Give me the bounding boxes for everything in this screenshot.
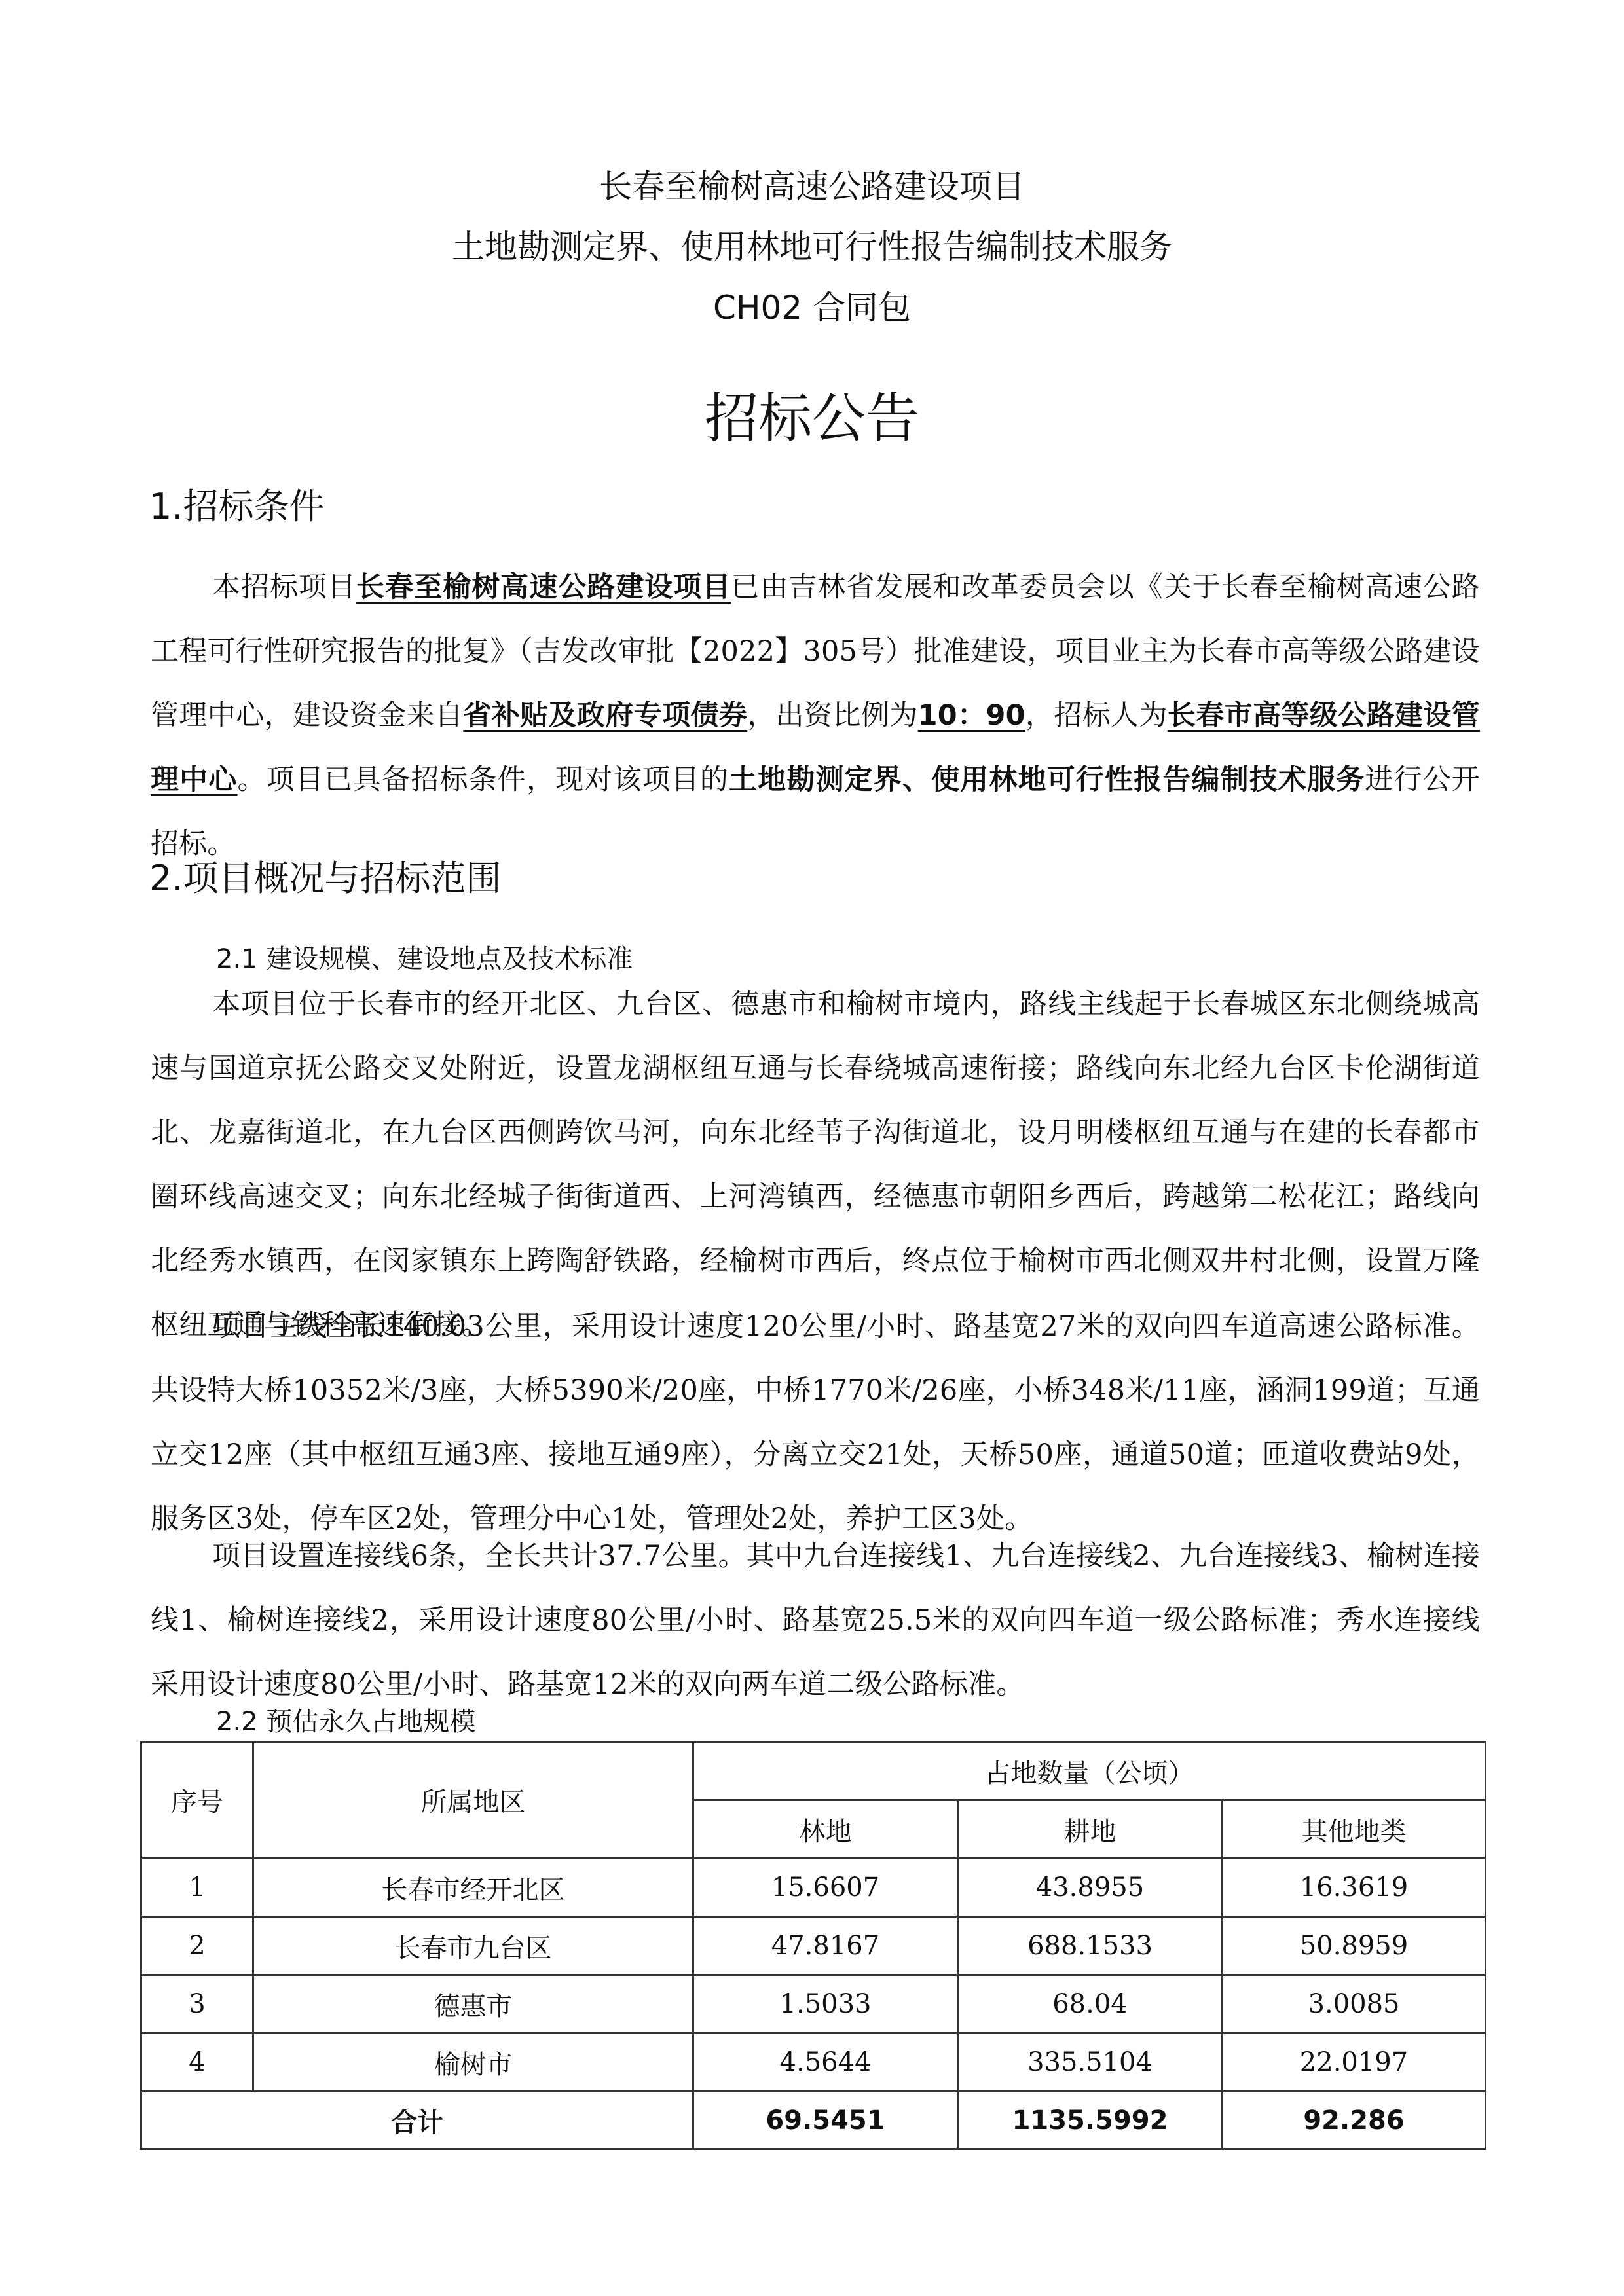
para-text: ，出资比例为	[747, 699, 917, 732]
cell-forest: 4.5644	[693, 2033, 958, 2092]
cell-other: 16.3619	[1223, 1859, 1486, 1917]
cell-region: 德惠市	[253, 1975, 693, 2033]
cell-forest: 1.5033	[693, 1975, 958, 2033]
cell-region: 长春市九台区	[253, 1917, 693, 1975]
cell-region: 榆树市	[253, 2033, 693, 2092]
cell-forest: 15.6607	[693, 1859, 958, 1917]
header-other: 其他地类	[1223, 1800, 1486, 1859]
page-title: 招标公告	[0, 386, 1624, 452]
cell-region: 长春市经开北区	[253, 1859, 693, 1917]
table-total-row: 合计 69.5451 1135.5992 92.286	[141, 2092, 1486, 2149]
section-2-1-paragraph-3: 项目设置连接线6条，全长共计37.7公里。其中九台连接线1、九台连接线2、九台连…	[151, 1524, 1480, 1717]
para-text: 本招标项目	[212, 571, 356, 604]
cell-index: 4	[141, 2033, 253, 2092]
para-text: ，招标人为	[1025, 699, 1168, 732]
section-2-heading: 2.项目概况与招标范围	[149, 858, 502, 900]
project-title: 长春至榆树高速公路建设项目	[0, 167, 1624, 206]
cell-forest: 47.8167	[693, 1917, 958, 1975]
cell-index: 2	[141, 1917, 253, 1975]
header-area-group: 占地数量（公顷）	[693, 1742, 1486, 1800]
land-occupation-table: 序号 所属地区 占地数量（公顷） 林地 耕地 其他地类 1 长春市经开北区 15…	[140, 1741, 1486, 2150]
header-region: 所属地区	[253, 1742, 693, 1859]
cell-index: 1	[141, 1859, 253, 1917]
table-row: 1 长春市经开北区 15.6607 43.8955 16.3619	[141, 1859, 1486, 1917]
service-name-bold: 土地勘测定界、使用林地可行性报告编制技术服务	[729, 763, 1365, 796]
project-name-underlined: 长春至榆树高速公路建设项目	[356, 571, 731, 604]
header-farm: 耕地	[958, 1800, 1223, 1859]
service-title: 土地勘测定界、使用林地可行性报告编制技术服务	[0, 227, 1624, 266]
funding-source-underlined: 省补贴及政府专项债券	[463, 699, 747, 732]
section-2-2-heading: 2.2 预估永久占地规模	[216, 1705, 475, 1738]
cell-farm: 688.1533	[958, 1917, 1223, 1975]
section-2-1-paragraph-2: 项目主线全长140.03公里，采用设计速度120公里/小时、路基宽27米的双向四…	[151, 1294, 1480, 1551]
table-row: 2 长春市九台区 47.8167 688.1533 50.8959	[141, 1917, 1486, 1975]
table-header-row: 序号 所属地区 占地数量（公顷）	[141, 1742, 1486, 1800]
cell-other: 3.0085	[1223, 1975, 1486, 2033]
funding-ratio-underlined: 10：90	[918, 699, 1025, 732]
cell-index: 3	[141, 1975, 253, 2033]
section-1-heading: 1.招标条件	[149, 486, 325, 528]
section-2-1-heading: 2.1 建设规模、建设地点及技术标准	[216, 943, 633, 975]
table-row: 4 榆树市 4.5644 335.5104 22.0197	[141, 2033, 1486, 2092]
cell-farm: 43.8955	[958, 1859, 1223, 1917]
contract-package: CH02 合同包	[0, 288, 1624, 327]
cell-farm: 335.5104	[958, 2033, 1223, 2092]
header-forest: 林地	[693, 1800, 958, 1859]
header-index: 序号	[141, 1742, 253, 1859]
cell-other: 50.8959	[1223, 1917, 1486, 1975]
cell-total-farm: 1135.5992	[958, 2092, 1223, 2149]
table-row: 3 德惠市 1.5033 68.04 3.0085	[141, 1975, 1486, 2033]
cell-total-other: 92.286	[1223, 2092, 1486, 2149]
cell-total-label: 合计	[141, 2092, 693, 2149]
cell-total-forest: 69.5451	[693, 2092, 958, 2149]
cell-other: 22.0197	[1223, 2033, 1486, 2092]
section-1-paragraph: 本招标项目长春至榆树高速公路建设项目已由吉林省发展和改革委员会以《关于长春至榆树…	[151, 555, 1480, 876]
cell-farm: 68.04	[958, 1975, 1223, 2033]
para-text: 。项目已具备招标条件，现对该项目的	[237, 763, 729, 796]
